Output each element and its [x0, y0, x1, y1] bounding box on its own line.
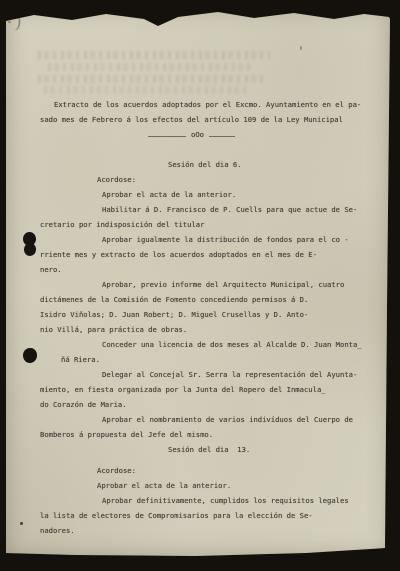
bleed-through-line	[48, 63, 254, 71]
text-line: do Corazón de Maria.	[40, 397, 376, 412]
scan-background: ) Extracto de los acuerdos adoptados por…	[0, 0, 400, 571]
divider-rule-left	[148, 136, 186, 137]
text-line: Aprobar el nombramiento de varios indiví…	[40, 412, 376, 427]
bleed-through-line	[38, 51, 270, 59]
punch-hole-bottom	[23, 348, 37, 363]
text-line: nadores.	[40, 523, 376, 538]
text-line: Sesión del dia 6.	[40, 157, 376, 172]
bleed-through-line	[44, 86, 250, 94]
divider-ooo-text: oOo	[191, 127, 204, 142]
text-line: Conceder una licencia de dos meses al Al…	[40, 337, 376, 352]
divider-line: oOo	[40, 127, 376, 142]
typed-text-block: Extracto de los acuerdos adoptados por e…	[40, 97, 376, 538]
bleed-through-line	[38, 75, 266, 83]
text-line: Aprobar definitivamente, cumplidos los r…	[40, 493, 376, 508]
text-line: Aprobar igualmente la distribución de fo…	[40, 232, 376, 247]
text-line: Acordose:	[40, 172, 376, 187]
text-line: Aprobar el acta de la anterior.	[40, 187, 376, 202]
text-line: cretario por indisposición del titular	[40, 217, 376, 232]
divider-rule-right	[209, 136, 235, 137]
text-line: Delegar al Concejal Sr. Serra la represe…	[40, 367, 376, 382]
corner-annotation-mark: )	[14, 13, 23, 34]
text-line: dictámenes de la Comisión de Fomento con…	[40, 292, 376, 307]
text-line: Acordose:	[40, 463, 376, 478]
paper-speck	[20, 522, 23, 525]
paper-speck	[300, 46, 302, 50]
document-page: ) Extracto de los acuerdos adoptados por…	[6, 7, 390, 556]
text-line: Extracto de los acuerdos adoptados por e…	[40, 97, 376, 112]
text-line: ñá Riera.	[40, 352, 376, 367]
punch-hole-top	[22, 232, 38, 264]
text-line: Habilitar á D. Francisco de P. Cuells pa…	[40, 202, 376, 217]
text-line: nero.	[40, 262, 376, 277]
text-line: sado mes de Febrero á los efectos del ar…	[40, 112, 376, 127]
text-line: miento, en fiesta organizada por la Junt…	[40, 382, 376, 397]
text-line: nio Villá, para práctica de obras.	[40, 322, 376, 337]
text-line: Aprobar, previo informe del Arquitecto M…	[40, 277, 376, 292]
text-line: la lista de electores de Compromisarios …	[40, 508, 376, 523]
text-line: Isidro Viñolas; D. Juan Robert; D. Migue…	[40, 307, 376, 322]
text-line: Aprobar el acta de la anterior.	[40, 478, 376, 493]
text-line: rriente mes y extracto de los acuerdos a…	[40, 247, 376, 262]
text-line: Bomberos á propuesta del Jefe del mismo.	[40, 427, 376, 442]
text-line: Sesión del dia 13.	[40, 442, 376, 457]
